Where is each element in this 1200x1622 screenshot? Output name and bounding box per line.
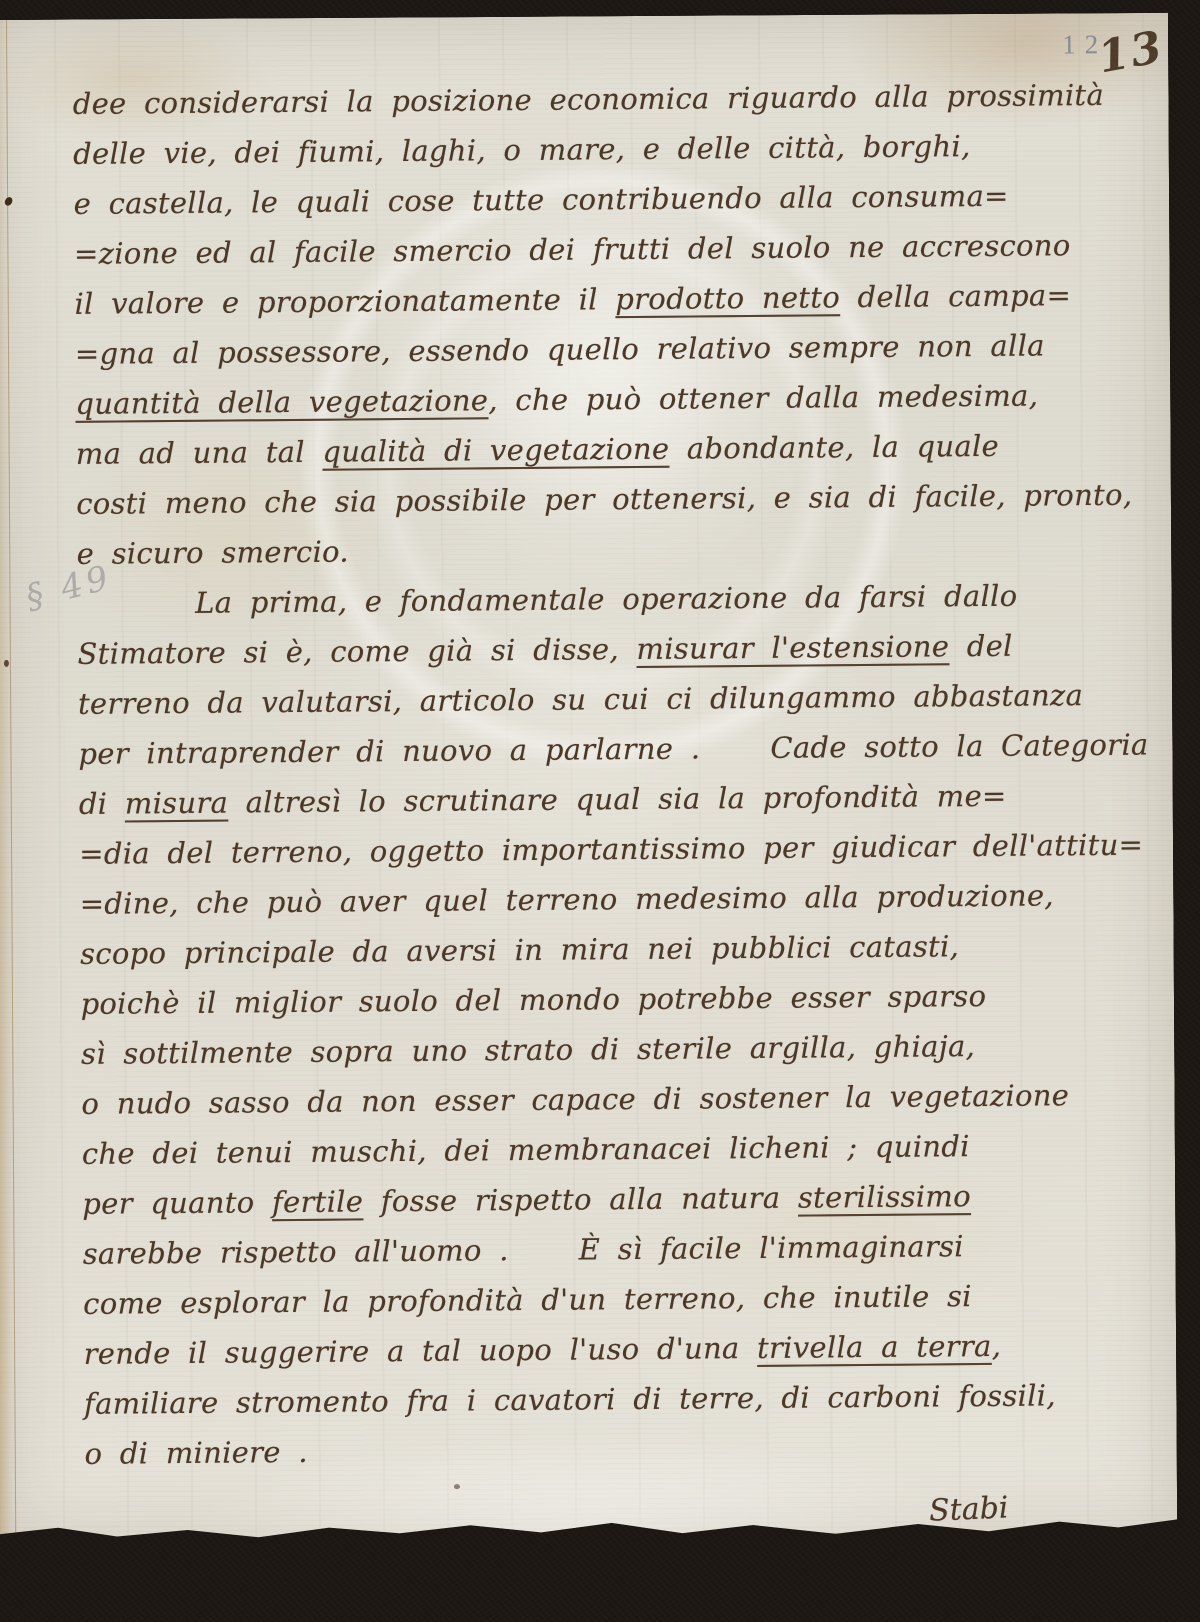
text-segment: per intraprender di nuovo a parlarne . C…	[78, 728, 1148, 771]
text-segment: il valore e proporzionatamente il	[74, 282, 615, 321]
ink-speck	[454, 1484, 460, 1489]
text-segment: terreno da valutarsi, articolo su cui ci…	[78, 678, 1083, 721]
manuscript-lines: dee considerarsi la posizione economica …	[73, 70, 1147, 1479]
text-segment: dee considerarsi la posizione economica …	[73, 78, 1105, 121]
manuscript-line-15: di misura altresì lo scrutinare qual sia…	[79, 770, 1141, 829]
text-segment: scopo principale da aversi in mira nei p…	[80, 929, 959, 971]
manuscript-line-3: e castella, le quali cose tutte contribu…	[73, 170, 1135, 229]
text-segment: come esplorar la profondità d'un terreno…	[83, 1279, 972, 1321]
manuscript-line-14: per intraprender di nuovo a parlarne . C…	[78, 720, 1140, 779]
underlined-phrase: quantità della vegetazione	[75, 383, 488, 421]
manuscript-line-21: o nudo sasso da non esser capace di sost…	[81, 1070, 1143, 1129]
manuscript-line-28: o di miniere .	[84, 1420, 1146, 1479]
text-segment: =gna al possessore, essendo quello relat…	[75, 328, 1045, 370]
manuscript-line-9: costi meno che sia possibile per ottener…	[76, 470, 1138, 529]
manuscript-text: dee considerarsi la posizione economica …	[73, 70, 1147, 1479]
text-segment: per quanto	[82, 1185, 272, 1221]
manuscript-line-6: =gna al possessore, essendo quello relat…	[75, 320, 1137, 379]
manuscript-line-23: per quanto fertile fosse rispetto alla n…	[82, 1170, 1144, 1229]
text-segment: sì sottilmente sopra uno strato di steri…	[81, 1029, 975, 1071]
manuscript-line-25: come esplorar la profondità d'un terreno…	[83, 1270, 1145, 1329]
manuscript-line-20: sì sottilmente sopra uno strato di steri…	[81, 1020, 1143, 1079]
manuscript-line-10: e sicuro smercio.	[76, 520, 1138, 579]
manuscript-line-1: dee considerarsi la posizione economica …	[73, 70, 1135, 129]
scan-viewport: { "document": { "type": "handwritten-man…	[0, 0, 1200, 1622]
text-segment: poichè il miglior suolo del mondo potreb…	[80, 979, 986, 1021]
manuscript-line-16: =dia del terreno, oggetto importantissim…	[79, 820, 1141, 879]
text-segment: di	[79, 786, 125, 820]
underlined-phrase: sterilissimo	[798, 1179, 971, 1215]
underlined-phrase: fertile	[272, 1184, 364, 1219]
text-segment: La prima, e fondamentale operazione da f…	[195, 579, 1018, 620]
text-segment: altresì lo scrutinare qual sia la profon…	[228, 779, 1007, 820]
manuscript-line-5: il valore e proporzionatamente il prodot…	[74, 270, 1136, 329]
text-segment: o nudo sasso da non esser capace di sost…	[81, 1078, 1069, 1121]
text-segment: costi meno che sia possibile per ottener…	[76, 478, 1132, 521]
text-segment: delle vie, dei fiumi, laghi, o mare, e d…	[73, 129, 971, 171]
manuscript-line-22: che dei tenui muschi, dei membranacei li…	[82, 1120, 1144, 1179]
text-segment: Stimatore si è, come già si disse,	[77, 632, 636, 671]
underlined-phrase: qualità di vegetazione	[322, 432, 669, 469]
text-segment: rende il suggerire a tal uopo l'uso d'un…	[84, 1331, 758, 1371]
manuscript-line-27: familiare stromento fra i cavatori di te…	[84, 1370, 1146, 1429]
manuscript-line-26: rende il suggerire a tal uopo l'uso d'un…	[83, 1320, 1145, 1379]
manuscript-page: 12 13 § 49 dee considerarsi la posizione…	[0, 13, 1177, 1548]
text-segment: del	[949, 629, 1013, 664]
manuscript-line-8: ma ad una tal qualità di vegetazione abo…	[76, 420, 1138, 479]
text-segment: o di miniere .	[84, 1435, 308, 1471]
text-segment: che dei tenui muschi, dei membranacei li…	[82, 1129, 970, 1171]
manuscript-line-11: La prima, e fondamentale operazione da f…	[77, 570, 1139, 629]
catchword: Stabi	[928, 1490, 1009, 1528]
text-segment: =dine, che può aver quel terreno medesim…	[80, 878, 1054, 920]
manuscript-line-4: =zione ed al facile smercio dei frutti d…	[74, 220, 1136, 279]
ink-speck	[4, 660, 9, 667]
manuscript-line-24: sarebbe rispetto all'uomo . È sì facile …	[83, 1220, 1145, 1279]
adjacent-page-edge	[0, 20, 16, 1548]
underlined-phrase: misura	[125, 786, 229, 821]
manuscript-line-17: =dine, che può aver quel terreno medesim…	[80, 870, 1142, 929]
underlined-phrase: prodotto netto	[615, 280, 840, 316]
text-segment: e sicuro smercio.	[77, 534, 349, 570]
text-segment: sarebbe rispetto all'uomo . È sì facile …	[83, 1229, 964, 1271]
text-segment: =zione ed al facile smercio dei frutti d…	[74, 228, 1071, 271]
text-segment: ma ad una tal	[76, 435, 323, 471]
text-segment: fosse rispetto alla natura	[363, 1181, 798, 1219]
manuscript-line-19: poichè il miglior suolo del mondo potreb…	[80, 970, 1142, 1029]
text-segment: =dia del terreno, oggetto importantissim…	[79, 828, 1143, 871]
manuscript-line-18: scopo principale da aversi in mira nei p…	[80, 920, 1142, 979]
text-segment: abondante, la quale	[669, 429, 999, 466]
text-segment: e castella, le quali cose tutte contribu…	[73, 179, 1008, 221]
manuscript-line-13: terreno da valutarsi, articolo su cui ci…	[78, 670, 1140, 729]
text-segment: , che può ottener dalla medesima,	[488, 378, 1038, 417]
underlined-phrase: misurar l'estensione	[636, 629, 949, 666]
text-segment: familiare stromento fra i cavatori di te…	[84, 1378, 1056, 1420]
text-segment: ,	[991, 1329, 1001, 1363]
underlined-phrase: trivella a terra	[757, 1329, 992, 1365]
manuscript-line-12: Stimatore si è, come già si disse, misur…	[77, 620, 1139, 679]
text-segment: della campa=	[840, 278, 1071, 314]
manuscript-line-7: quantità della vegetazione, che può otte…	[75, 370, 1137, 429]
manuscript-line-2: delle vie, dei fiumi, laghi, o mare, e d…	[73, 120, 1135, 179]
